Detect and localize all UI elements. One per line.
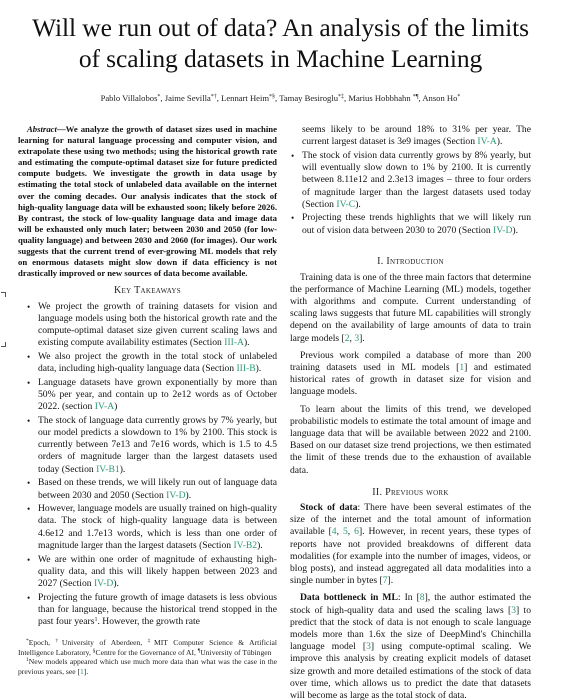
previous-work-heading: II. Previous work (290, 487, 531, 499)
author-list: Pablo Villalobos*, Jaime Sevilla*†, Lenn… (0, 92, 561, 104)
author: Jaime Sevilla*† (165, 93, 217, 103)
key-takeaways-list-right: The stock of vision data currently grows… (290, 150, 531, 237)
key-takeaways-heading: Key Takeaways (18, 285, 277, 297)
citation-link[interactable]: 2 (345, 333, 350, 344)
list-item: We are within one order of magnitude of … (38, 554, 277, 591)
title-line-2: of scaling datasets in Machine Learning (0, 43, 561, 74)
list-item: We project the growth of training datase… (38, 301, 277, 350)
list-item-continued: seems likely to be around 18% to 31% per… (302, 124, 531, 148)
section-link[interactable]: III-A (224, 337, 244, 348)
section-link[interactable]: IV-D (94, 578, 113, 589)
list-item: Projecting these trends highlights that … (302, 212, 531, 236)
key-takeaways-list: We project the growth of training datase… (18, 301, 277, 629)
title-line-1: Will we run out of data? An analysis of … (0, 12, 561, 43)
author: Tamay Besiroglu*‡ (279, 93, 344, 103)
section-link[interactable]: IV-B2 (233, 540, 257, 551)
previous-work-paragraph-2: Data bottleneck in ML: In [8], the autho… (290, 592, 531, 700)
affiliations-footnote: *Epoch, †University of Aberdeen, ‡MIT Co… (18, 638, 277, 657)
list-item: The stock of language data currently gro… (38, 415, 277, 476)
list-item: We also project the growth in the total … (38, 351, 277, 375)
section-link[interactable]: IV-A (95, 401, 114, 412)
abstract-text: —We analyze the growth of dataset sizes … (18, 124, 277, 278)
section-link[interactable]: IV-C (336, 199, 355, 210)
intro-paragraph-1: Training data is one of the three main f… (290, 272, 531, 345)
citation-link[interactable]: 4 (332, 526, 337, 537)
list-item: Language datasets have grown exponential… (38, 377, 277, 414)
footnote-1: 1New models appeared which use much more… (18, 657, 277, 676)
section-link[interactable]: IV-D (166, 490, 185, 501)
key-takeaways-list-continued: seems likely to be around 18% to 31% per… (290, 124, 531, 148)
abstract: Abstract—We analyze the growth of datase… (18, 124, 277, 279)
right-column: seems likely to be around 18% to 31% per… (290, 124, 531, 700)
list-item: Based on these trends, we will likely ru… (38, 477, 277, 501)
list-item: However, language models are usually tra… (38, 503, 277, 552)
previous-work-paragraph-1: Stock of data: There have been several e… (290, 502, 531, 587)
section-link[interactable]: IV-B1 (96, 464, 120, 475)
margin-crop-mark (1, 342, 6, 347)
author: Lennart Heim*§ (221, 93, 275, 103)
intro-paragraph-3: To learn about the limits of this trend,… (290, 404, 531, 477)
left-column: Abstract—We analyze the growth of datase… (18, 124, 277, 630)
paper-title: Will we run out of data? An analysis of … (0, 12, 561, 74)
abstract-lead: Abstract (27, 124, 57, 134)
author: Marius Hobbhahn *¶ (348, 93, 418, 103)
footnotes: *Epoch, †University of Aberdeen, ‡MIT Co… (18, 638, 277, 676)
list-item: The stock of vision data currently grows… (302, 150, 531, 211)
intro-paragraph-2: Previous work compiled a database of mor… (290, 350, 531, 399)
author: Pablo Villalobos* (101, 93, 161, 103)
section-link[interactable]: III-B (236, 363, 255, 374)
citation-link[interactable]: 5 (343, 526, 348, 537)
list-item: Projecting the future growth of image da… (38, 592, 277, 629)
margin-crop-mark (1, 292, 6, 297)
section-link[interactable]: IV-A (477, 136, 496, 147)
introduction-heading: I. Introduction (290, 256, 531, 268)
section-link[interactable]: IV-D (493, 225, 512, 236)
author: Anson Ho* (422, 93, 460, 103)
